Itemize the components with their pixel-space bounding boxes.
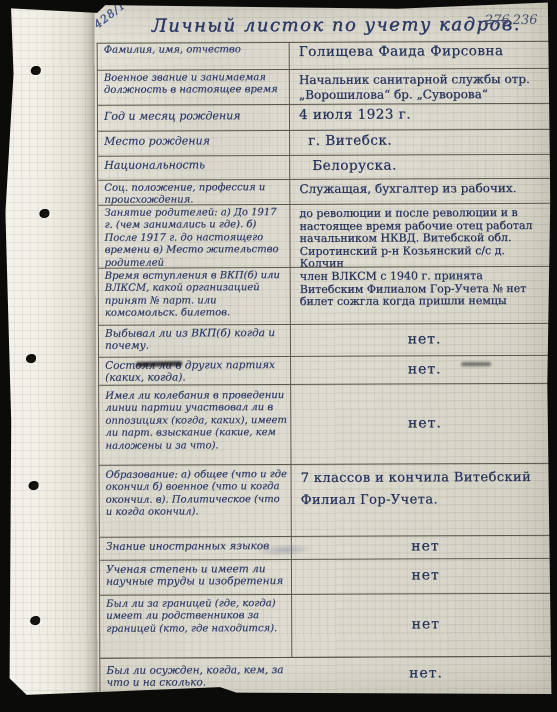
- ink-smear: [461, 362, 491, 366]
- question-cell: Занятие родителей: а) До 1917 г. (чем за…: [98, 205, 290, 268]
- answer-cell: нет: [292, 536, 552, 559]
- question-cell: Национальность: [98, 156, 290, 180]
- form-row-other-parties: Состоял ли в других партиях (каких, когд…: [99, 356, 551, 386]
- form-row-foreign-languages: Знание иностранных языков нет: [100, 536, 552, 561]
- form-row-party-deviations: Имел ли колебания в проведении линии пар…: [99, 384, 551, 466]
- punch-hole: [30, 616, 40, 625]
- form-row-academic-degree: Ученая степень и имеет ли научные труды …: [100, 559, 552, 596]
- form-row-convictions: Был ли осужден, когда, кем, за что и на …: [100, 656, 552, 692]
- question-cell: Знание иностранных языков: [100, 537, 292, 560]
- answer-cell: 4 июля 1923 г.: [290, 104, 550, 130]
- answer-cell: нет.: [291, 356, 551, 384]
- form-row-birthplace: Место рождения г. Витебск.: [98, 130, 550, 157]
- page-number: 276236: [485, 13, 538, 28]
- page-number-new: 236: [513, 13, 538, 28]
- page-number-old: 276: [485, 13, 510, 28]
- document-title: Личный листок по учету кадров.: [152, 14, 521, 37]
- form-row-education: Образование: а) общее (что и где окончил…: [100, 464, 552, 538]
- answer-cell: Служащая, бухгалтер из рабочих.: [290, 179, 550, 204]
- punch-hole: [29, 481, 39, 490]
- answer-cell: г. Витебск.: [290, 130, 550, 155]
- question-cell: Фамилия, имя, отчество: [98, 42, 290, 70]
- form-row-social-position: Соц. положение, профессия и происхождени…: [98, 179, 550, 206]
- answer-cell: Начальник санитарной службы отр. „Вороши…: [290, 69, 550, 104]
- answer-cell: Голищева Фаида Фирсовна: [290, 41, 550, 69]
- question-cell: Соц. положение, профессия и происхождени…: [98, 180, 290, 205]
- form-row-parents-occupation: Занятие родителей: а) До 1917 г. (чем за…: [98, 204, 550, 269]
- answer-cell: нет.: [291, 384, 551, 464]
- question-cell: Был ли осужден, когда, кем, за что и на …: [100, 658, 292, 692]
- punch-hole: [31, 66, 41, 75]
- answer-cell: Белоруска.: [290, 155, 550, 179]
- punch-hole: [39, 209, 49, 218]
- form-row-left-party: Выбывал ли из ВКП(б) когда и почему. нет…: [99, 324, 551, 358]
- form-row-abroad: Был ли за границей (где, когда) имеет ли…: [100, 594, 552, 659]
- form-row-birthdate: Год и месяц рождения 4 июля 1923 г.: [98, 104, 550, 132]
- question-cell: Выбывал ли из ВКП(б) когда и почему.: [99, 325, 291, 357]
- question-cell: Образование: а) общее (что и где окончил…: [100, 465, 292, 537]
- punch-hole: [26, 354, 36, 363]
- scanned-paper: 428/11 Личный листок по учету кадров. 27…: [4, 2, 552, 699]
- answer-cell: 7 классов и кончила Витебский Филиал Гор…: [291, 464, 551, 536]
- question-cell: Ученая степень и имеет ли научные труды …: [100, 560, 292, 595]
- question-cell: Был ли за границей (где, когда) имеет ли…: [100, 595, 292, 658]
- title-band: Личный листок по учету кадров. 276236: [97, 7, 550, 44]
- form-row-name: Фамилия, имя, отчество Голищева Фаида Фи…: [98, 41, 550, 71]
- answer-cell: до революции и после революции и в насто…: [290, 204, 550, 267]
- form-row-rank: Военное звание и занимаемая должность в …: [98, 69, 550, 106]
- question-cell: Время вступления в ВКП(б) или ВЛКСМ, как…: [99, 268, 291, 325]
- answer-cell: член ВЛКСМ с 1940 г. принята Витебским Ф…: [291, 267, 551, 324]
- ink-smear: [136, 361, 182, 367]
- form-row-party-membership: Время вступления в ВКП(б) или ВЛКСМ, как…: [99, 267, 551, 326]
- answer-cell: нет.: [291, 324, 551, 356]
- form-row-nationality: Национальность Белоруска.: [98, 155, 550, 181]
- answer-cell: нет: [292, 594, 552, 657]
- question-cell: Военное звание и занимаемая должность в …: [98, 70, 290, 105]
- question-cell: Год и месяц рождения: [98, 105, 290, 131]
- answer-cell: нет.: [292, 657, 552, 691]
- question-cell: Имел ли колебания в проведении линии пар…: [99, 385, 291, 465]
- paper-fold-margin: [4, 4, 97, 699]
- question-cell: Состоял ли в других партиях (каких, когд…: [99, 357, 291, 385]
- answer-cell: нет: [292, 559, 552, 594]
- question-cell: Место рождения: [98, 131, 290, 156]
